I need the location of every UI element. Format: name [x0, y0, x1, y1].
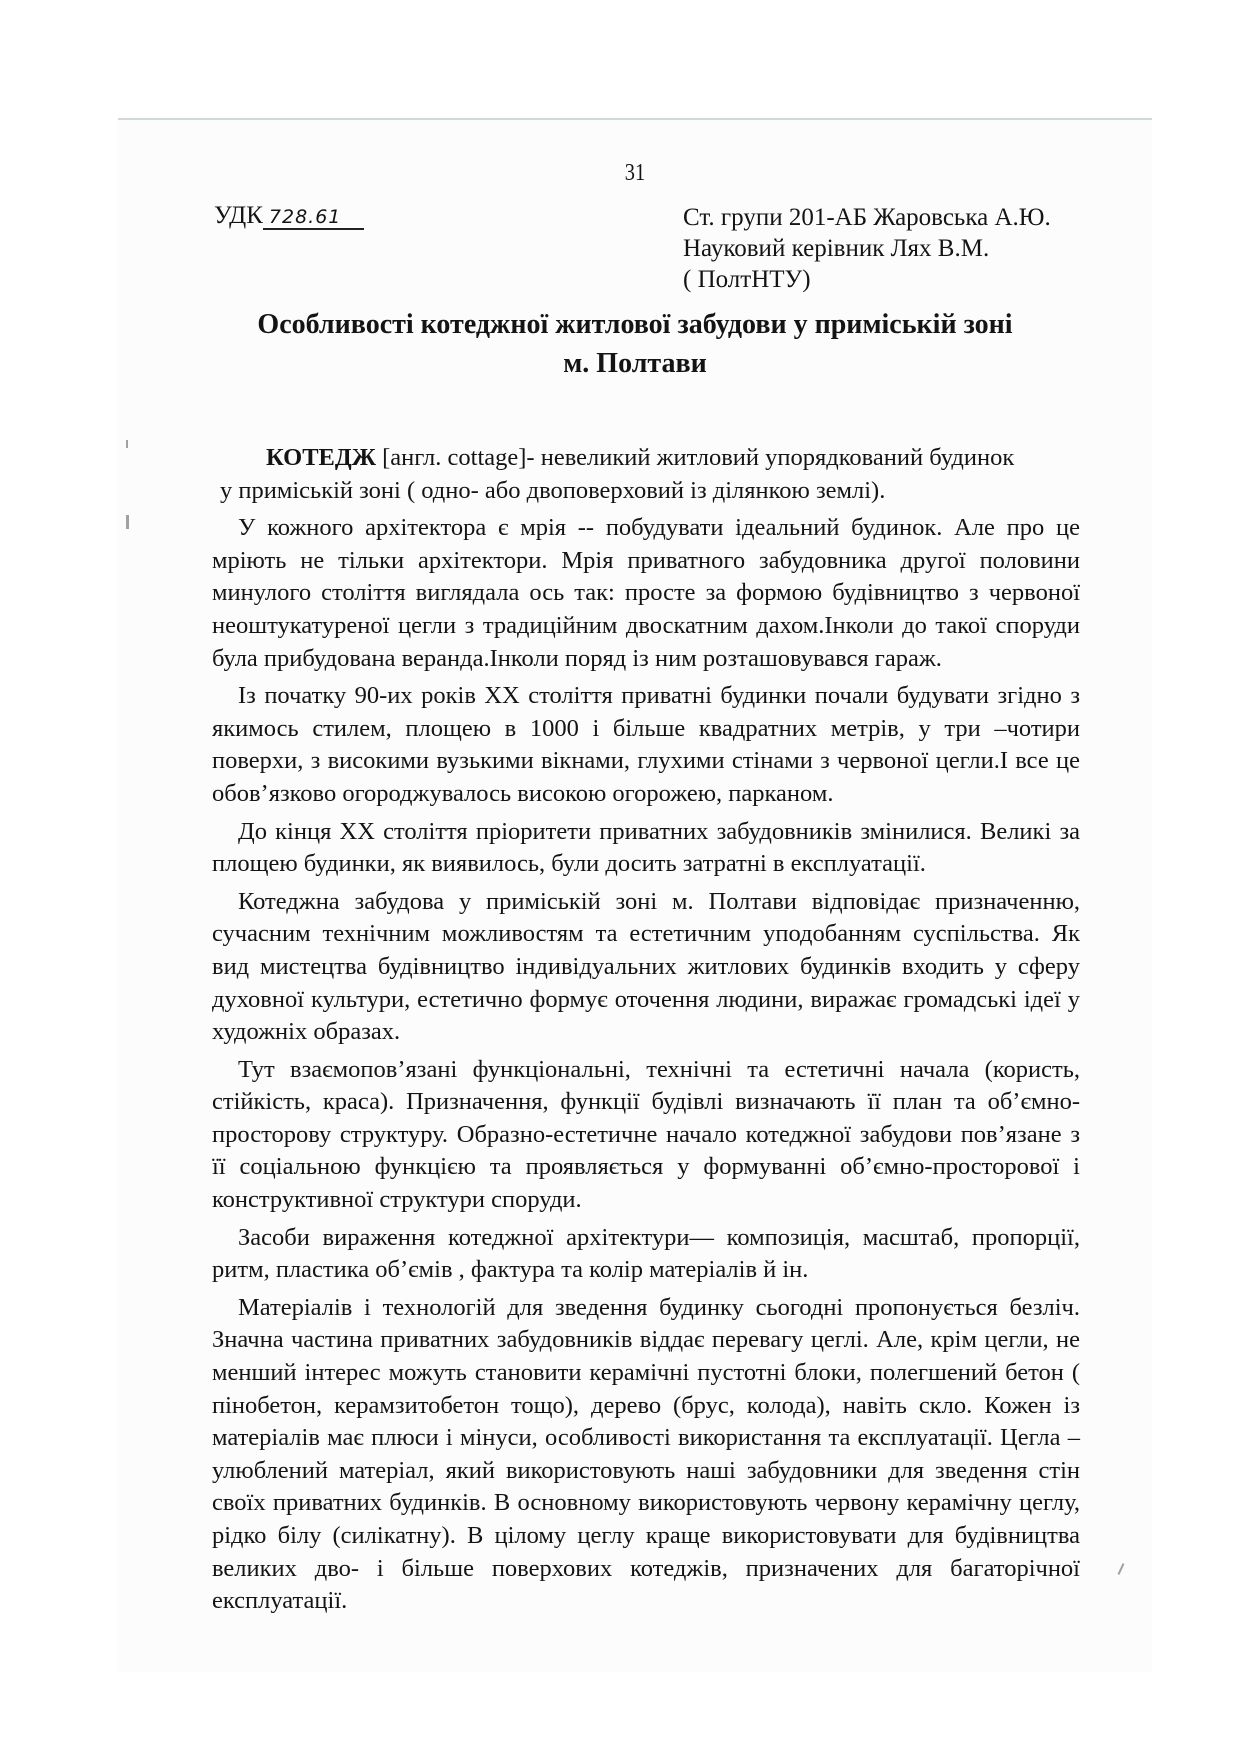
- definition-first-line: [англ. cottage]- невеликий житловий упор…: [376, 444, 1014, 471]
- title-line-2: м. Полтави: [118, 344, 1152, 383]
- udc-line: УДК728.61: [214, 202, 364, 230]
- paragraph-7: Матеріалів і технологій для зведення буд…: [212, 1292, 1080, 1618]
- supervisor-line: Науковий керівник Лях В.М.: [683, 233, 1051, 264]
- definition-paragraph: КОТЕДЖ [англ. cottage]- невеликий житлов…: [212, 442, 1080, 507]
- paragraph-2: Із початку 90-их років XX століття прива…: [212, 680, 1080, 810]
- scan-speck-mark: [126, 515, 129, 529]
- udc-value-handwritten: 728.61: [263, 206, 364, 230]
- udc-label: УДК: [214, 202, 263, 229]
- paragraph-4: Котеджна забудова у приміській зоні м. П…: [212, 886, 1080, 1049]
- paragraph-1: У кожного архітектора є мрія -- побудува…: [212, 512, 1080, 675]
- article-title: Особливості котеджної житлової забудови …: [118, 305, 1152, 383]
- scan-speck-mark: [1118, 1563, 1125, 1575]
- paragraph-5: Тут взаємопов’язані функціональні, техні…: [212, 1054, 1080, 1217]
- paragraph-3: До кінця XX століття пріоритети приватни…: [212, 816, 1080, 881]
- page-number: 31: [196, 160, 1075, 187]
- title-line-1: Особливості котеджної житлової забудови …: [118, 305, 1152, 344]
- institution-line: ( ПолтНТУ): [683, 264, 1051, 295]
- defined-term: КОТЕДЖ: [266, 444, 376, 471]
- article-body: КОТЕДЖ [англ. cottage]- невеликий житлов…: [212, 442, 1080, 1623]
- paragraph-6: Засоби вираження котеджної архітектури— …: [212, 1222, 1080, 1287]
- author-block: Ст. групи 201-АБ Жаровська А.Ю. Науковий…: [683, 202, 1051, 295]
- definition-second-line: у приміській зоні ( одно- або двоповерхо…: [212, 475, 1080, 508]
- scan-speck-mark: [126, 440, 128, 448]
- author-group-line: Ст. групи 201-АБ Жаровська А.Ю.: [683, 202, 1051, 233]
- scanned-page: 31 УДК728.61 Ст. групи 201-АБ Жаровська …: [118, 118, 1152, 1672]
